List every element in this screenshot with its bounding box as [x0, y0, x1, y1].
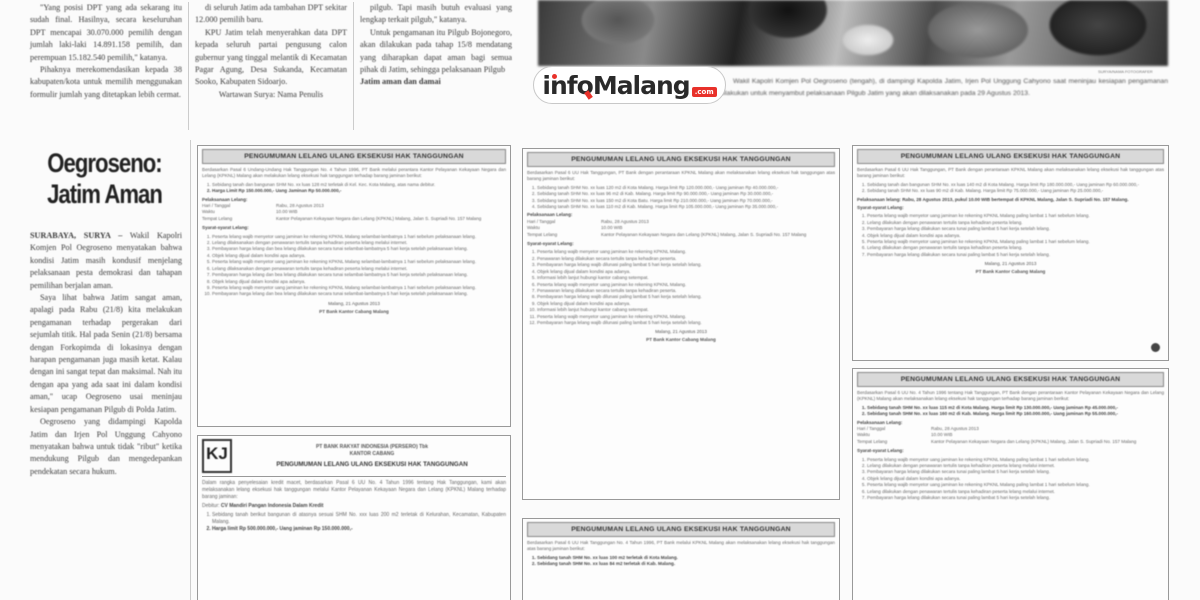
paragraph: Untuk pengamanan itu Pilgub Bojonegoro, … — [360, 27, 512, 77]
news-photo — [538, 0, 1168, 66]
article-continuation-col1: "Yang posisi DPT yang ada sekarang itu s… — [30, 2, 182, 101]
notice-issuer: PT BANK RAKYAT INDONESIA (PERSERO) Tbk K… — [238, 444, 506, 468]
main-article-body: SURABAYA, SURYA – Wakil Kapolri Komjen P… — [30, 230, 182, 600]
byline: Wartawan Surya: Nama Penulis — [195, 89, 347, 101]
paragraph: Saya lihat bahwa Jatim sangat aman, apal… — [30, 292, 182, 416]
notice-title: PENGUMUMAN LELANG ULANG EKSEKUSI HAK TAN… — [857, 149, 1164, 164]
notice-body: Berdasarkan Pasal 6 UU Hak Tanggungan No… — [527, 540, 835, 568]
notice-body: Berdasarkan Pasal 6 Undang-Undang Hak Ta… — [202, 167, 506, 298]
column-divider — [190, 140, 191, 600]
auction-notice-a: PENGUMUMAN LELANG ULANG EKSEKUSI HAK TAN… — [197, 145, 511, 427]
article-continuation-col3: pilgub. Tapi masih butuh evaluasi yang l… — [360, 2, 512, 89]
logo-dot-icon — [552, 74, 557, 79]
notice-date: Malang, 21 Agustus 2013 — [527, 329, 835, 334]
headline-line2: Jatim Aman — [37, 179, 172, 210]
notice-title: PENGUMUMAN LELANG ULANG EKSEKUSI HAK TAN… — [238, 461, 506, 468]
byline: Jatim aman dan damai — [360, 76, 512, 88]
notice-signature: PT Bank Kantor Cabang Malang — [202, 309, 506, 314]
paragraph: di seluruh Jatim ada tambahan DPT sekita… — [195, 2, 347, 27]
dateline: SURABAYA, SURYA – — [30, 231, 122, 240]
auction-notice-d: PENGUMUMAN LELANG ULANG EKSEKUSI HAK TAN… — [522, 518, 840, 600]
auction-notice-c: PENGUMUMAN LELANG ULANG EKSEKUSI HAK TAN… — [522, 148, 840, 500]
notice-title: PENGUMUMAN LELANG ULANG EKSEKUSI HAK TAN… — [202, 149, 506, 164]
paragraph: SURABAYA, SURYA – Wakil Kapolri Komjen P… — [30, 230, 182, 292]
paragraph: "Yang posisi DPT yang ada sekarang itu s… — [30, 2, 182, 64]
article-continuation-col2: di seluruh Jatim ada tambahan DPT sekita… — [195, 2, 347, 101]
paragraph: Pihaknya merekomendasikan kepada 38 kabu… — [30, 64, 182, 101]
photo-credit: SURYA/NAMA FOTOGRAFER — [1098, 69, 1153, 74]
notice-body: Berdasarkan Pasal 6 UU Hak Tanggungan, P… — [527, 170, 835, 326]
notice-signature: PT Bank Kantor Cabang Malang — [527, 337, 835, 342]
column-divider — [353, 2, 354, 130]
notice-header: KJ PT BANK RAKYAT INDONESIA (PERSERO) Tb… — [202, 439, 506, 477]
paragraph: KPU Jatim telah menyerahkan data DPT kep… — [195, 27, 347, 89]
seal-icon — [1151, 343, 1160, 352]
notice-title: PENGUMUMAN LELANG ULANG EKSEKUSI HAK TAN… — [527, 152, 835, 167]
notice-title: PENGUMUMAN LELANG ULANG EKSEKUSI HAK TAN… — [857, 372, 1164, 387]
notice-signature: PT Bank Kantor Cabang Malang — [857, 269, 1164, 274]
notice-title: PENGUMUMAN LELANG ULANG EKSEKUSI HAK TAN… — [527, 522, 835, 537]
logo-q-icon: o — [577, 71, 593, 100]
headline-line1: Oegroseno: — [37, 148, 172, 179]
infomalang-logo: infoMalang.com — [533, 66, 726, 104]
notice-body: Dalam rangka penyelesaian kredit macet, … — [202, 480, 506, 533]
auction-notice-b: KJ PT BANK RAKYAT INDONESIA (PERSERO) Tb… — [197, 435, 511, 600]
notice-date: Malang, 21 Agustus 2013 — [202, 301, 506, 306]
auction-notice-f: PENGUMUMAN LELANG ULANG EKSEKUSI HAK TAN… — [852, 368, 1169, 600]
notice-date: Malang, 21 Agustus 2013 — [857, 261, 1164, 266]
notice-body: Berdasarkan Pasal 6 UU Hak Tanggungan, P… — [857, 167, 1164, 258]
paragraph: pilgub. Tapi masih butuh evaluasi yang l… — [360, 2, 512, 27]
auction-notice-e: PENGUMUMAN LELANG ULANG EKSEKUSI HAK TAN… — [852, 145, 1169, 361]
headline-block: Oegroseno: Jatim Aman — [22, 148, 187, 210]
paragraph: Oegroseno yang didampingi Kapolda Jatim … — [30, 416, 182, 478]
bank-logo-icon: KJ — [202, 439, 232, 473]
logo-com-badge: .com — [692, 87, 717, 97]
column-divider — [188, 2, 189, 130]
logo-wordmark: infoMalang.com — [542, 71, 716, 100]
notice-body: Berdasarkan Pasal 6 UU No. 4 Tahun 1996 … — [857, 390, 1164, 502]
